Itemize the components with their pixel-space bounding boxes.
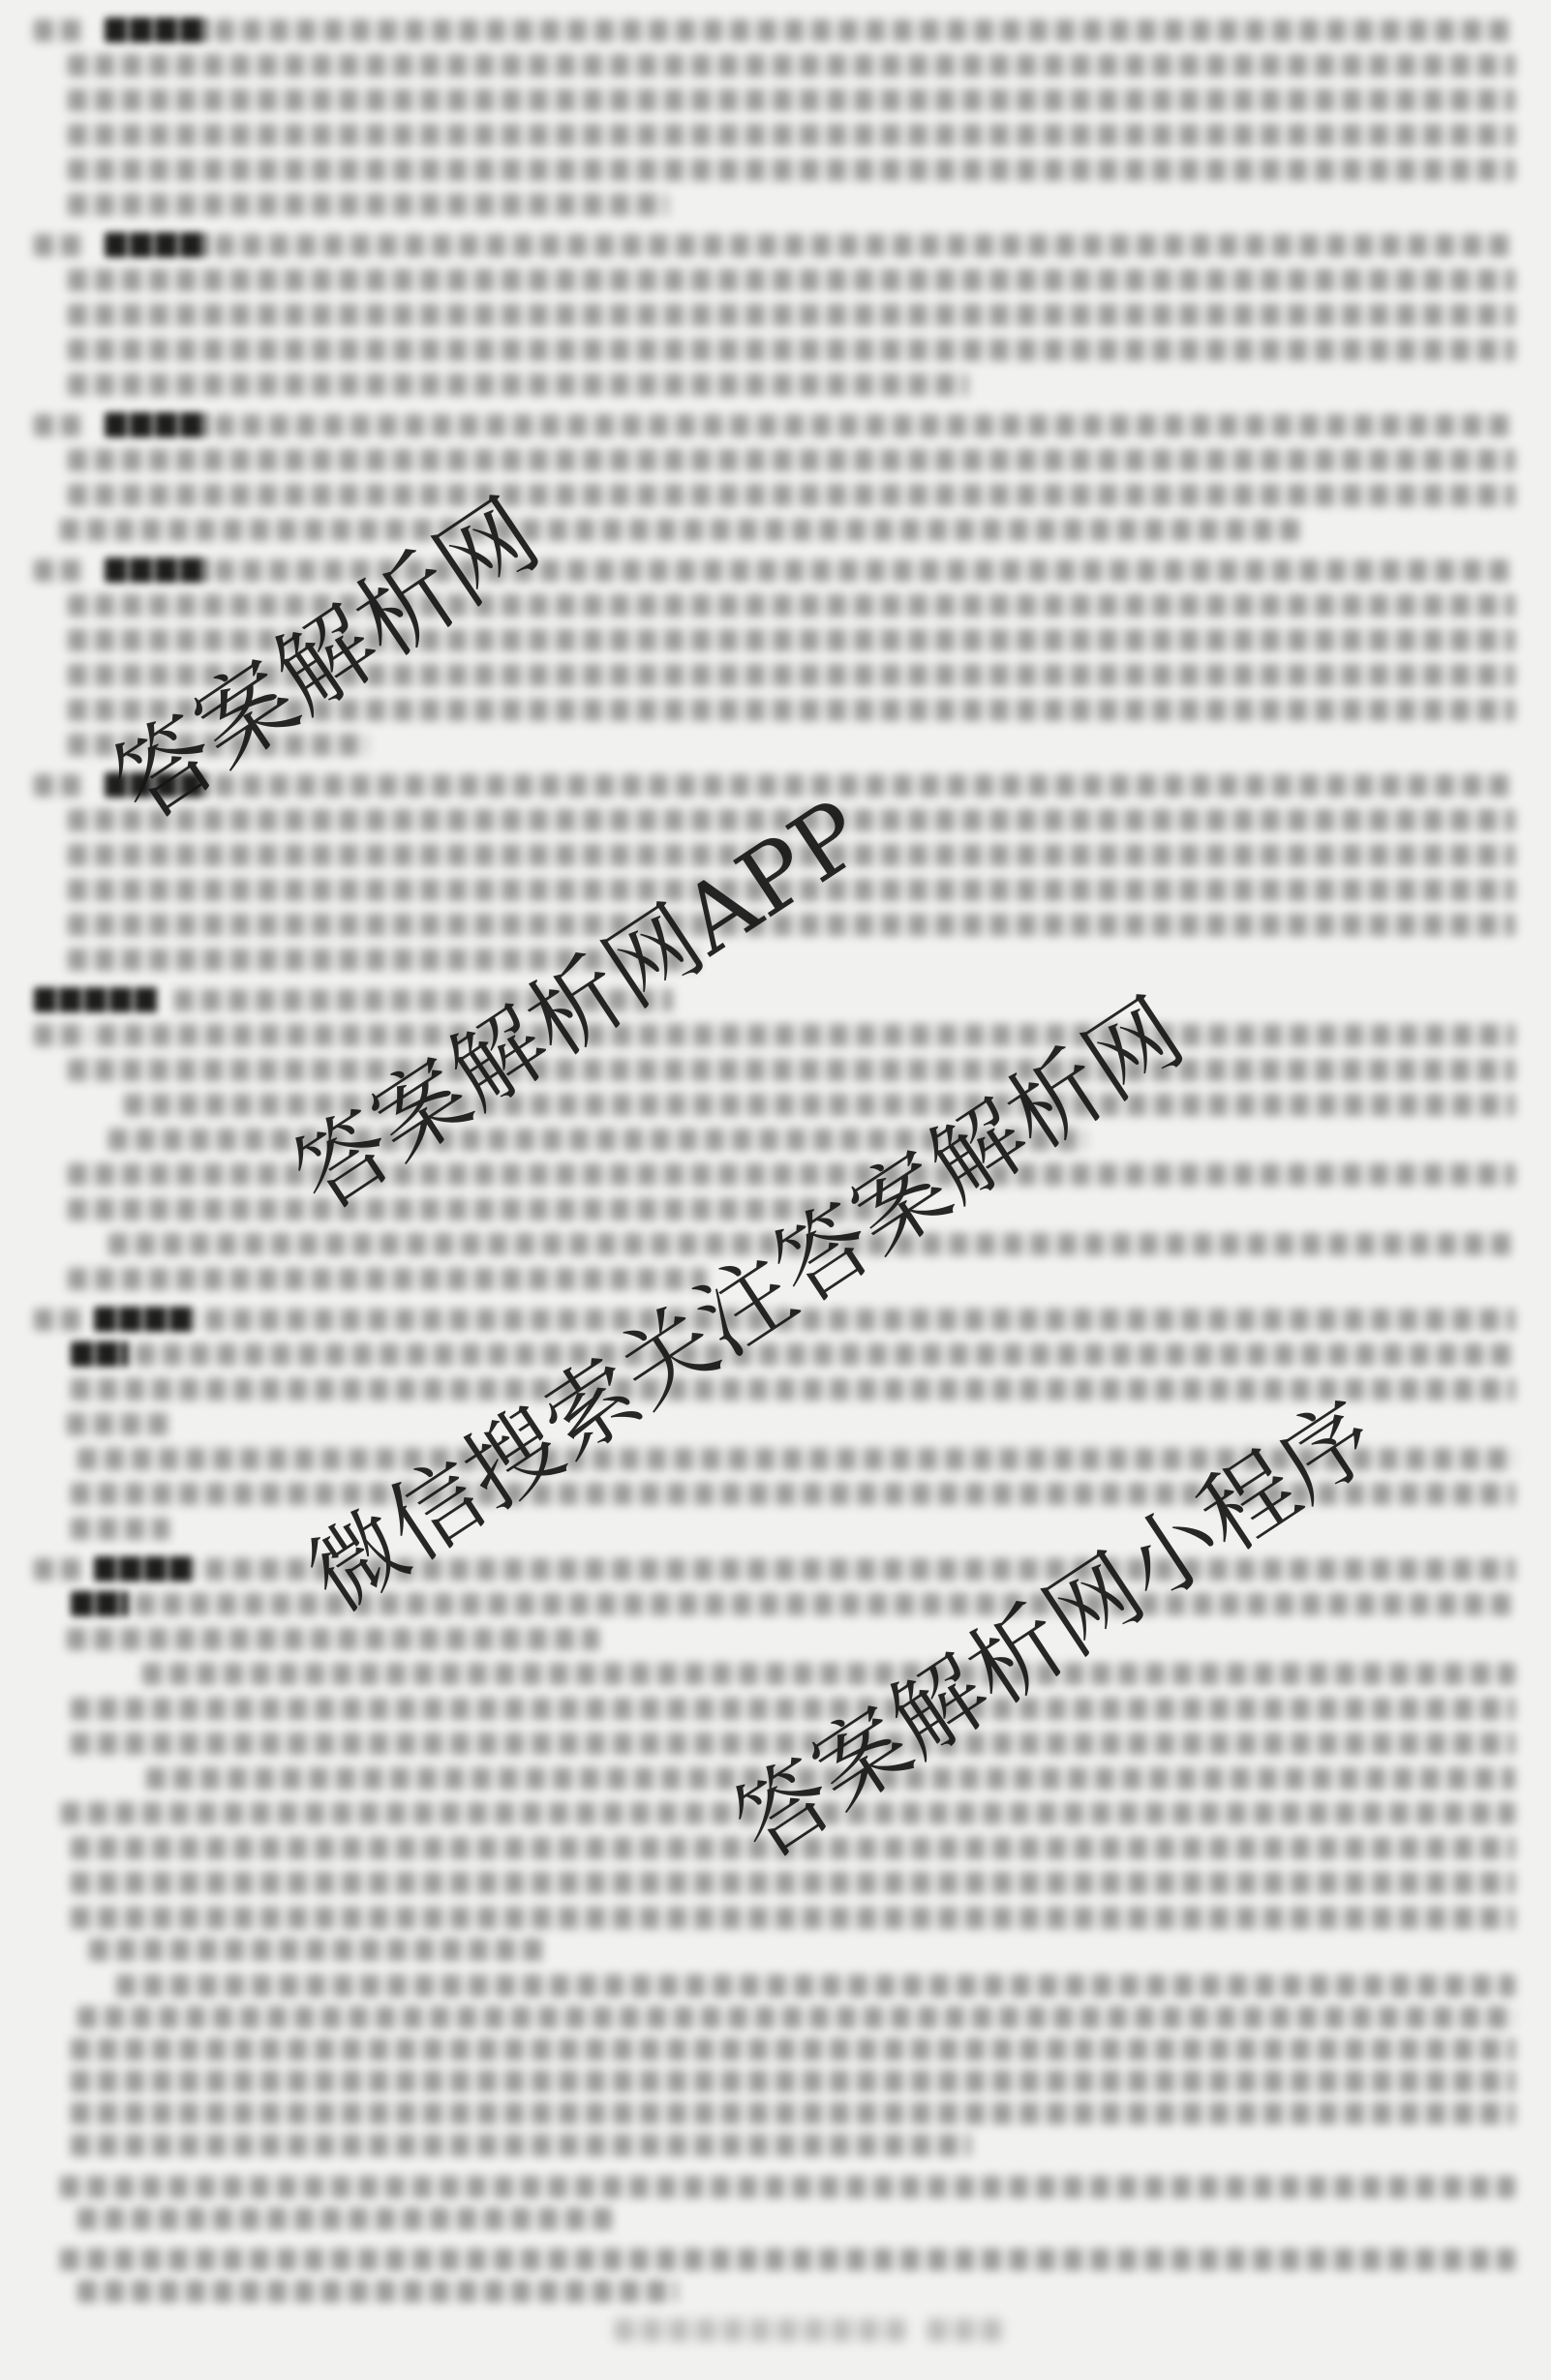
blurred-text-line <box>68 89 1515 111</box>
blurred-bold-label <box>105 17 208 43</box>
blurred-text-line <box>34 1309 87 1331</box>
blurred-text-line <box>77 2280 678 2303</box>
blurred-text-line <box>67 1413 169 1435</box>
blurred-text-line <box>71 1698 1515 1720</box>
blurred-text-line <box>215 774 1515 797</box>
blurred-text-line <box>68 1268 707 1290</box>
blurred-text-line <box>215 234 1515 256</box>
blurred-text-line <box>68 304 1515 326</box>
blurred-text-line <box>928 2319 1005 2341</box>
blurred-text-line <box>97 1024 1515 1046</box>
blurred-bold-label <box>105 412 208 437</box>
blurred-text-line <box>71 2070 1515 2093</box>
blurred-text-line <box>205 1309 1515 1331</box>
blurred-bold-label <box>94 1307 196 1332</box>
blurred-text-line <box>77 2208 620 2230</box>
blurred-text-line <box>68 269 1515 291</box>
blurred-text-line <box>71 1378 1515 1401</box>
blurred-text-line <box>34 1024 90 1046</box>
blurred-text-line <box>71 1518 169 1540</box>
blurred-text-line <box>68 159 1515 181</box>
blurred-text-line <box>34 1558 87 1581</box>
blurred-bold-label <box>94 1556 196 1582</box>
blurred-text-line <box>34 19 87 42</box>
blurred-text-line <box>34 234 87 256</box>
blurred-text-line <box>68 124 1515 146</box>
blurred-text-line <box>89 1939 544 1961</box>
blurred-text-line <box>68 1059 1515 1081</box>
blurred-text-line <box>68 374 968 396</box>
blurred-text-line <box>136 1343 1515 1366</box>
blurred-text-line <box>615 2319 905 2341</box>
blurred-text-line <box>71 2038 1515 2061</box>
blurred-text-line <box>71 2102 1515 2124</box>
blurred-text-line <box>60 519 1299 541</box>
blurred-text-line <box>71 1907 1515 1929</box>
blurred-text-line <box>60 2248 1515 2271</box>
blurred-text-line <box>71 2134 971 2156</box>
blurred-text-line <box>68 1163 1515 1186</box>
blurred-text-line <box>60 2176 1515 2198</box>
blurred-text-line <box>34 414 87 437</box>
blurred-text-line <box>71 1872 1515 1894</box>
blurred-text-line <box>116 1974 1515 1997</box>
blurred-text-line <box>34 559 87 582</box>
blurred-text-line <box>77 2006 1515 2029</box>
blurred-bold-label <box>105 232 208 257</box>
blurred-text-line <box>215 414 1515 437</box>
blurred-bold-label <box>71 1341 129 1367</box>
blurred-text-line <box>34 774 87 797</box>
blurred-bold-label <box>71 1591 129 1616</box>
blurred-text-line <box>68 339 1515 361</box>
blurred-text-line <box>68 484 1515 506</box>
blurred-text-line <box>68 194 668 216</box>
blurred-text-line <box>68 54 1515 76</box>
blurred-bold-label <box>105 557 208 583</box>
blurred-text-line <box>68 594 1515 617</box>
blurred-text-line <box>142 1663 1515 1685</box>
blurred-text-line <box>68 449 1515 471</box>
blurred-text-line <box>215 19 1515 42</box>
blurred-text-line <box>67 1628 599 1650</box>
blurred-bold-label <box>34 987 160 1012</box>
scanned-answer-key-page: 答案解析网 答案解析网APP 微信搜索关注答案解析网 答案解析网小程序 <box>0 0 1551 2380</box>
